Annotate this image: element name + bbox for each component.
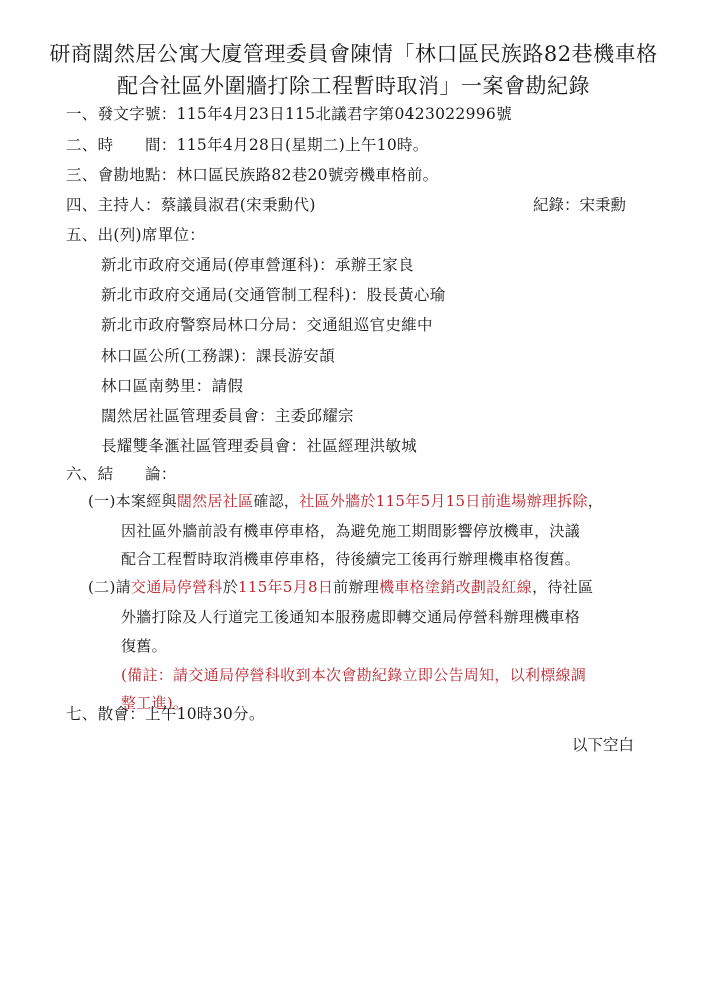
meeting-time: 二、時 間：115年4月28日(星期二)上午10時。 — [66, 133, 429, 155]
host: 四、主持人：蔡議員淑君(宋秉勳代) — [66, 193, 316, 215]
attendee: 新北市政府交通局(停車營運科)：承辦王家良 — [101, 253, 414, 275]
adjourn: 七、散會：上午10時30分。 — [66, 702, 265, 724]
highlight: 機車格塗銷改劃設紅線 — [379, 578, 532, 596]
meeting-place: 三、會勘地點：林口區民族路82巷20號旁機車格前。 — [66, 163, 438, 185]
conclusion-label: 六、結 論： — [66, 462, 177, 484]
attendee: 闊然居社區管理委員會：主委邱耀宗 — [101, 404, 354, 426]
conclusion-2-line3: 復舊。 — [121, 635, 167, 656]
attendee: 林口區公所(工務課)：課長游安頡 — [101, 344, 335, 366]
conclusion-2-line1: (二)請交通局停營科於115年5月8日前辦理機車格塗銷改劃設紅線，待社區 — [88, 576, 593, 597]
conclusion-2-line2: 外牆打除及人行道完工後通知本服務處即轉交通局停營科辦理機車格 — [121, 606, 580, 627]
end-mark: 以下空白 — [572, 733, 634, 755]
recorder: 紀錄：宋秉勳 — [533, 193, 626, 215]
note-line1: (備註：請交通局停營科收到本次會勘紀錄立即公告周知，以利標線調 — [121, 664, 586, 685]
attendee: 林口區南勢里：請假 — [101, 374, 243, 396]
conclusion-1-line3: 配合工程暫時取消機車停車格，待後續完工後再行辦理機車格復舊。 — [121, 548, 580, 569]
conclusion-1-line1: (一)本案經與闊然居社區確認，社區外牆於115年5月15日前進場辦理拆除， — [88, 490, 603, 511]
doc-number: 一、發文字號：115年4月23日115北議君字第0423022996號 — [66, 102, 512, 124]
document-title-line2: 配合社區外圍牆打除工程暫時取消」一案會勘紀錄 — [0, 70, 707, 100]
attendee: 新北市政府警察局林口分局：交通組巡官史維中 — [101, 313, 433, 335]
conclusion-1-line2: 因社區外牆前設有機車停車格，為避免施工期間影響停放機車，決議 — [121, 520, 580, 541]
document-title-line1: 研商闊然居公寓大廈管理委員會陳情「林口區民族路82巷機車格 — [0, 38, 707, 68]
attendee: 新北市政府交通局(交通管制工程科)：股長黃心瑜 — [101, 283, 446, 305]
attendees-label: 五、出(列)席單位： — [66, 223, 205, 245]
highlight: 闊然居社區 — [177, 492, 254, 510]
attendee: 長耀雙夆滙社區管理委員會：社區經理洪敏城 — [101, 434, 417, 456]
highlight: 交通局停營科 — [131, 578, 223, 596]
highlight: 115年5月8日 — [238, 578, 333, 596]
highlight: 社區外牆於115年5月15日前進場辦理拆除 — [299, 492, 588, 510]
